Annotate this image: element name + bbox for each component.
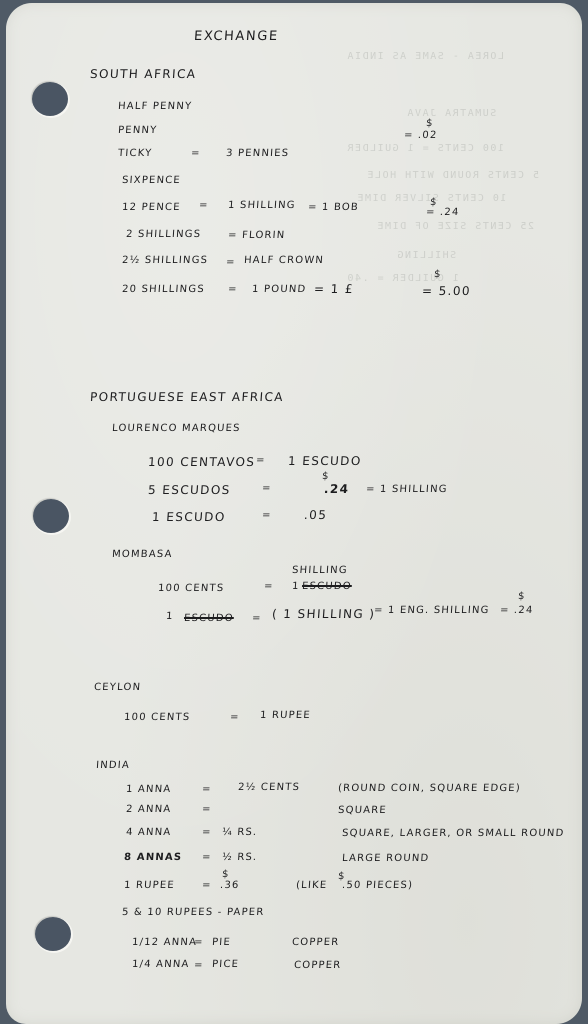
row-label: 8 ANNAS bbox=[124, 852, 183, 863]
row-label: 5 & 10 RUPEES - PAPER bbox=[122, 907, 265, 918]
row-equivalent: HALF CROWN bbox=[244, 255, 325, 266]
equals-sign: = bbox=[202, 804, 212, 815]
equals-sign: = bbox=[256, 455, 266, 466]
section-heading-mombasa: MOMBASA bbox=[112, 549, 173, 560]
row-label: 100 CENTS bbox=[124, 712, 191, 723]
bleed-through-line: 100 CENTS = 1 GUILDER bbox=[346, 143, 504, 154]
bleed-through-line: 25 CENTS SIZE OF DIME bbox=[376, 221, 534, 232]
equals-sign: = bbox=[226, 257, 236, 268]
row-note: COPPER bbox=[294, 960, 342, 971]
note-card: LOREA - SAME AS INDIA SUMATRA JAVA 100 C… bbox=[6, 3, 582, 1024]
row-label: 1 ESCUDO bbox=[152, 510, 227, 524]
equals-sign: = bbox=[194, 937, 204, 948]
row-equivalent: PICE bbox=[212, 959, 240, 970]
row-equivalent: 1 ESCUDO bbox=[288, 454, 363, 468]
row-label: 4 ANNA bbox=[126, 827, 172, 838]
binder-hole-bottom bbox=[35, 917, 71, 951]
row-label: 2 ANNA bbox=[126, 804, 172, 815]
row-equivalent: ( 1 SHILLING ) bbox=[272, 607, 376, 621]
equals-sign: = bbox=[228, 230, 238, 241]
equals-sign: = bbox=[202, 827, 212, 838]
row-label: 100 CENTS bbox=[158, 583, 225, 594]
equals-sign: = bbox=[191, 148, 201, 159]
row-note: SQUARE, LARGER, OR SMALL ROUND bbox=[342, 828, 565, 839]
page-title: EXCHANGE bbox=[193, 29, 279, 44]
bleed-through-line: LOREA - SAME AS INDIA bbox=[346, 51, 504, 62]
section-heading-south-africa: SOUTH AFRICA bbox=[90, 67, 197, 81]
row-note: (ROUND COIN, SQUARE EDGE) bbox=[338, 783, 522, 794]
row-equivalent: 1 POUND bbox=[252, 284, 307, 295]
row-value: = .24 bbox=[426, 207, 460, 218]
row-equivalent: ½ Rs. bbox=[222, 852, 258, 863]
dollar-sign-icon: $ bbox=[426, 118, 434, 129]
dollar-sign-icon: $ bbox=[518, 591, 526, 602]
row-equivalent: ¼ Rs. bbox=[222, 827, 258, 838]
row-value: = .02 bbox=[404, 130, 438, 141]
equals-sign: = bbox=[199, 200, 209, 211]
row-equivalent: 2½ CENTS bbox=[238, 782, 301, 793]
binder-hole-top bbox=[32, 82, 68, 116]
row-equivalent-alt: = 1 BOB bbox=[308, 202, 360, 213]
row-value: = 5.00 bbox=[422, 284, 472, 298]
insertion-correction: SHILLING bbox=[292, 565, 349, 576]
row-label: 1/4 ANNA bbox=[132, 959, 190, 970]
row-label-prefix: 1 bbox=[166, 611, 174, 622]
row-note: SQUARE bbox=[338, 805, 388, 816]
equals-sign: = bbox=[252, 613, 262, 624]
row-note-prefix: (LIKE bbox=[296, 880, 328, 891]
subsection-heading-lourenco-marques: LOURENCO MARQUES bbox=[112, 423, 241, 434]
row-label: 2½ SHILLINGS bbox=[122, 255, 209, 266]
row-label: HALF PENNY bbox=[118, 101, 193, 112]
row-equivalent-alt: = 1 SHILLING bbox=[366, 484, 448, 495]
equals-sign: = bbox=[194, 960, 204, 971]
row-label: 12 PENCE bbox=[122, 202, 181, 213]
row-label: 5 ESCUDOS bbox=[148, 483, 232, 497]
row-note: LARGE ROUND bbox=[342, 853, 430, 864]
row-label: 20 SHILLINGS bbox=[122, 284, 206, 295]
row-label: 1 ANNA bbox=[126, 784, 172, 795]
struck-text: ESCUDO bbox=[302, 581, 353, 592]
dollar-sign-icon: $ bbox=[222, 869, 230, 880]
row-equivalent: FLORIN bbox=[242, 230, 286, 241]
row-label: SIXPENCE bbox=[122, 175, 182, 186]
bleed-through-line: SHILLING bbox=[396, 250, 456, 261]
row-label: 2 SHILLINGS bbox=[126, 229, 202, 240]
row-equivalent: 1 RUPEE bbox=[260, 710, 312, 721]
section-heading-portuguese-east-africa: PORTUGUESE EAST AFRICA bbox=[90, 390, 285, 404]
row-equivalent-alt: = 1 £ bbox=[314, 282, 355, 296]
row-label: 1/12 ANNA bbox=[132, 937, 198, 948]
dollar-sign-icon: $ bbox=[434, 269, 442, 280]
binder-hole-middle bbox=[33, 499, 69, 533]
row-equivalent: PIE bbox=[212, 937, 232, 948]
row-equivalent-alt: = 1 ENG. SHILLING bbox=[374, 605, 490, 616]
equals-sign: = bbox=[202, 880, 212, 891]
struck-text: ESCUDO bbox=[184, 613, 235, 624]
row-equivalent: 3 PENNIES bbox=[226, 148, 290, 159]
row-note: COPPER bbox=[292, 937, 340, 948]
row-equivalent-prefix: 1 bbox=[292, 581, 300, 592]
row-label: TICKY bbox=[118, 148, 153, 159]
equals-sign: = bbox=[202, 784, 212, 795]
section-heading-india: INDIA bbox=[96, 760, 131, 771]
equals-sign: = bbox=[264, 581, 274, 592]
row-label: PENNY bbox=[118, 125, 158, 136]
equals-sign: = bbox=[230, 712, 240, 723]
equals-sign: = bbox=[262, 510, 272, 521]
section-heading-ceylon: CEYLON bbox=[94, 682, 142, 693]
row-equivalent: 1 SHILLING bbox=[228, 200, 296, 211]
row-value: = .24 bbox=[500, 605, 534, 616]
row-label: 1 RUPEE bbox=[124, 880, 176, 891]
dollar-sign-icon: $ bbox=[322, 471, 330, 482]
bleed-through-line: 5 CENTS ROUND WITH HOLE bbox=[366, 170, 539, 181]
equals-sign: = bbox=[262, 483, 272, 494]
row-value: .24 bbox=[324, 482, 350, 496]
row-label: 100 CENTAVOS bbox=[148, 455, 256, 469]
row-note: .50 PIECES) bbox=[342, 880, 414, 891]
equals-sign: = bbox=[202, 852, 212, 863]
equals-sign: = bbox=[228, 284, 238, 295]
bleed-through-line: SUMATRA JAVA bbox=[406, 108, 496, 119]
row-value: .36 bbox=[220, 880, 240, 891]
bleed-through-line: 1 GUILDER = .40 bbox=[346, 273, 459, 284]
row-value: .05 bbox=[304, 508, 328, 522]
